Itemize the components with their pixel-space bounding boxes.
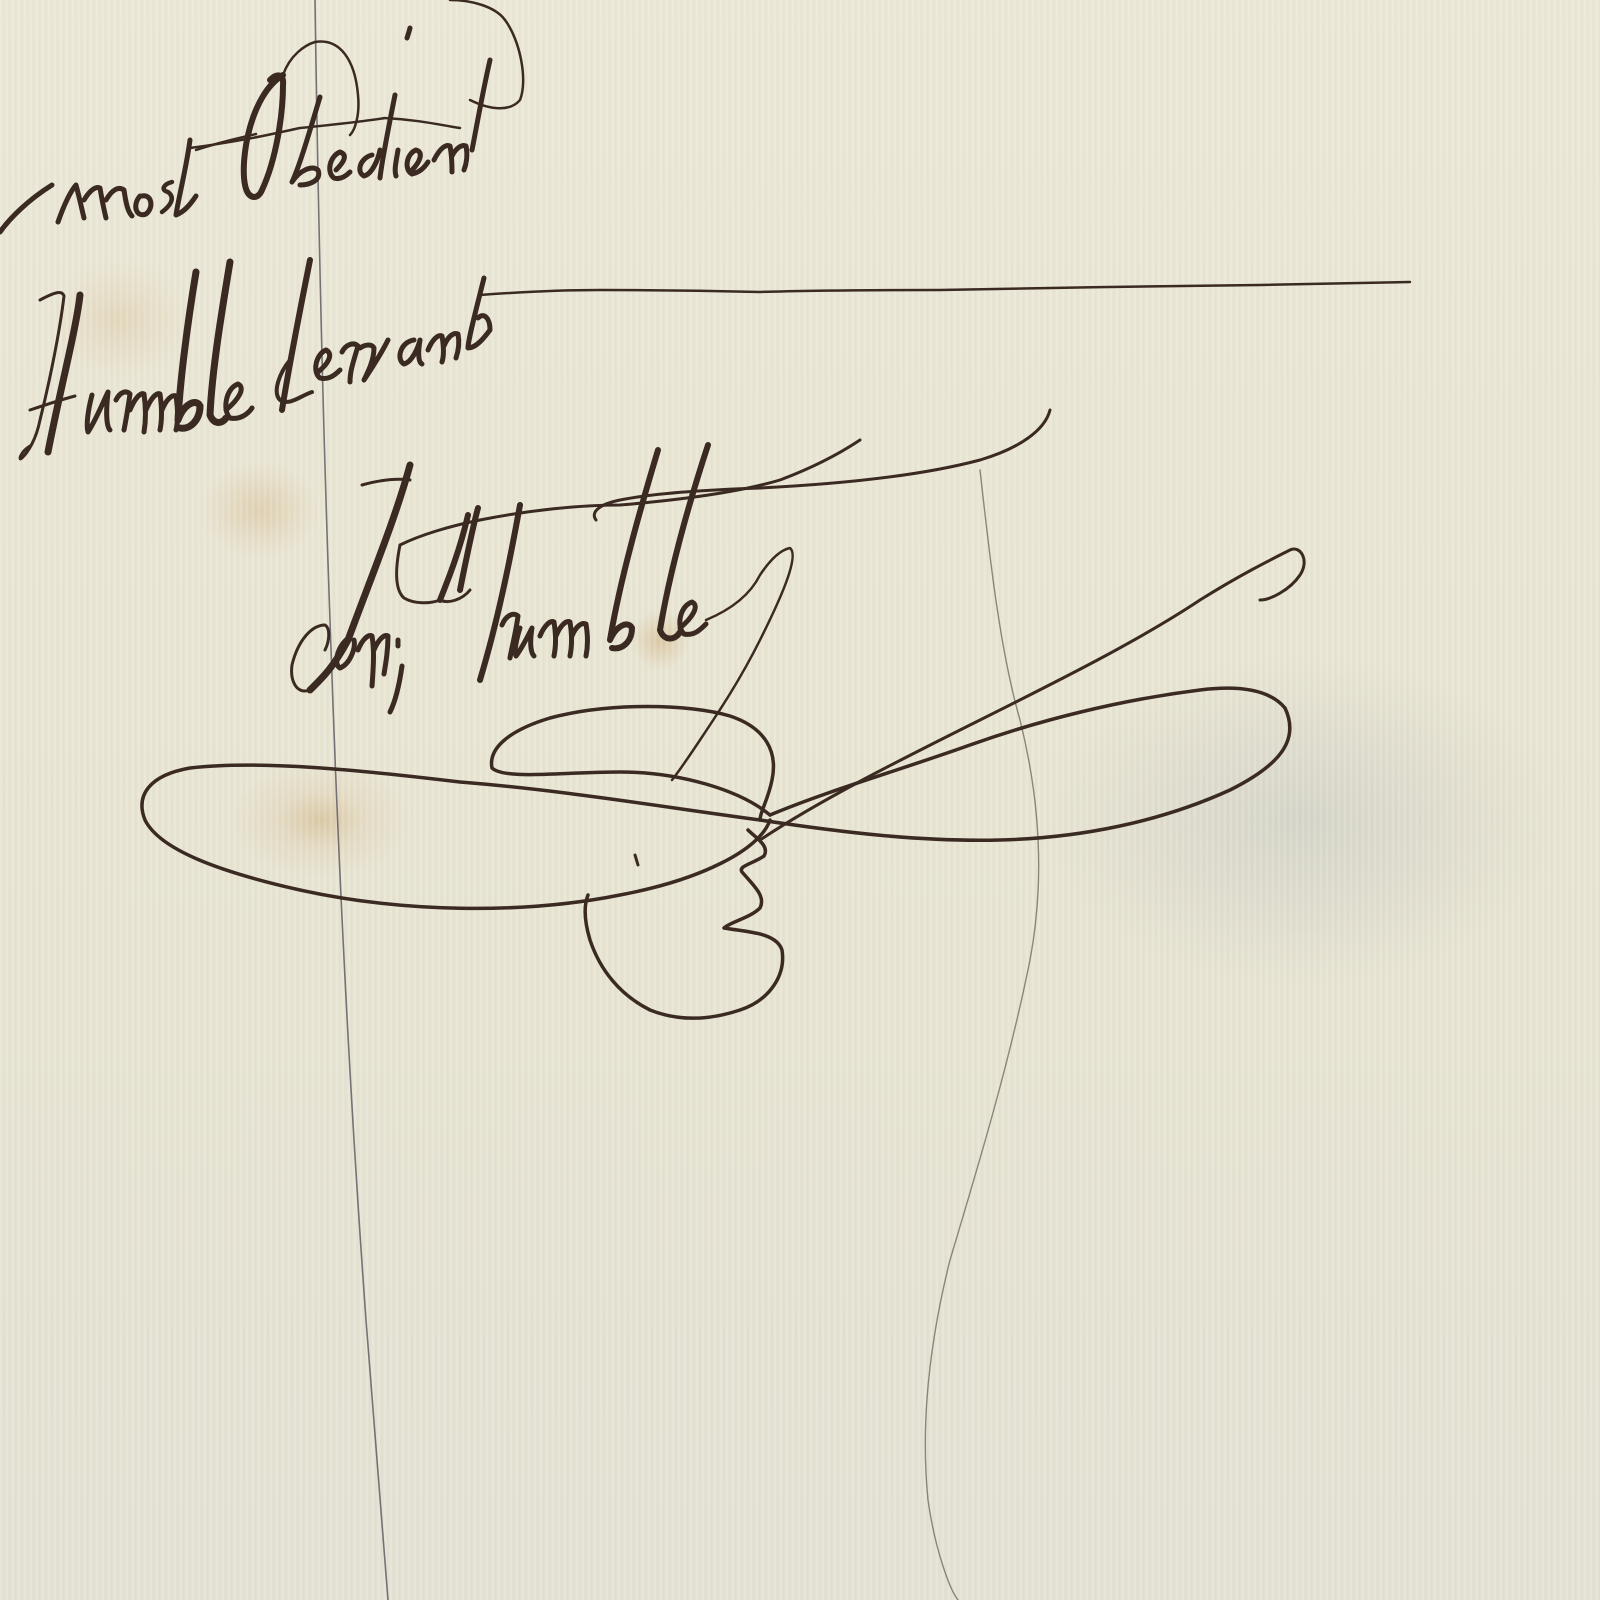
signature-paraph-flourish <box>0 0 1600 1600</box>
signature-text: Jon. Trumble <box>290 600 553 646</box>
closing-line-1-text: [Your] most Obedient <box>0 150 433 196</box>
closing-line-2-text: Humble Servant <box>20 360 352 406</box>
letter-paper: [Your] most Obedient Humble Servant Jon.… <box>0 0 1600 1600</box>
